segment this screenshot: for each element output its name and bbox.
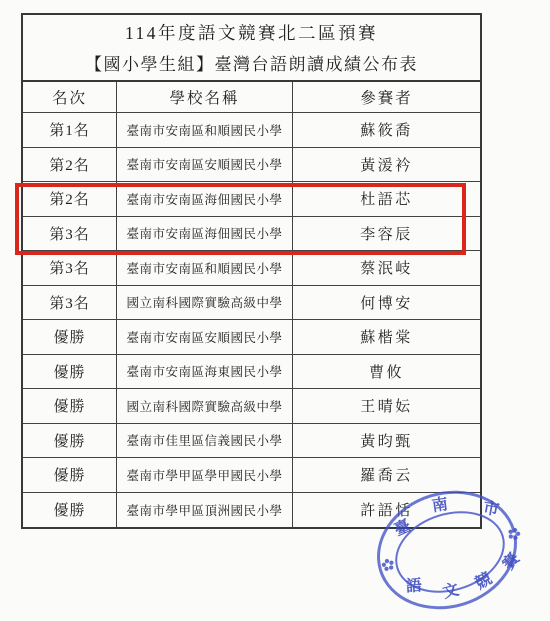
rank-cell: 第1名 (23, 113, 117, 147)
table-row: 優勝 臺南市學甲區學甲國民小學 羅喬云 (23, 458, 480, 493)
rank-cell: 第3名 (23, 286, 117, 320)
school-cell: 臺南市安南區安順國民小學 (117, 148, 293, 182)
stamp-char: 競 (473, 571, 495, 593)
column-header-rank: 名次 (23, 82, 117, 112)
page-title: 114年度語文競賽北二區預賽 (125, 20, 378, 45)
contestant-cell: 黃昀甄 (293, 424, 480, 458)
column-header-school: 學校名稱 (117, 82, 293, 112)
stamp-char: 賽 (501, 551, 524, 574)
scanned-document-page: 114年度語文競賽北二區預賽 【國小學生組】臺灣台語朗讀成績公布表 名次 學校名… (0, 0, 550, 621)
plum-blossom-icon (380, 557, 396, 573)
school-cell: 臺南市安南區和順國民小學 (117, 113, 293, 147)
table-row: 優勝 臺南市安南區安順國民小學 蘇楷棠 (23, 320, 480, 355)
school-cell: 國立南科國際實驗高級中學 (117, 286, 293, 320)
table-row: 第2名 臺南市安南區海佃國民小學 杜語芯 (23, 182, 480, 217)
contestant-cell: 蘇楷棠 (293, 320, 480, 354)
rank-cell: 第3名 (23, 217, 117, 251)
table-row: 優勝 國立南科國際實驗高級中學 王晴妘 (23, 389, 480, 424)
rank-cell: 優勝 (23, 389, 117, 423)
rank-cell: 優勝 (23, 355, 117, 389)
school-cell: 臺南市安南區海佃國民小學 (117, 182, 293, 216)
table-row: 優勝 臺南市學甲區頂洲國民小學 許語恬 (23, 493, 480, 528)
plum-blossom-icon (506, 526, 522, 542)
table-header-row: 名次 學校名稱 參賽者 (23, 82, 480, 113)
contestant-cell: 黃湲衿 (293, 148, 480, 182)
rank-cell: 優勝 (23, 320, 117, 354)
school-cell: 臺南市安南區安順國民小學 (117, 320, 293, 354)
table-row: 第3名 臺南市安南區海佃國民小學 李容辰 (23, 217, 480, 252)
school-cell: 臺南市學甲區頂洲國民小學 (117, 493, 293, 528)
table-title-cell: 114年度語文競賽北二區預賽 【國小學生組】臺灣台語朗讀成績公布表 (23, 15, 480, 82)
school-cell: 國立南科國際實驗高級中學 (117, 389, 293, 423)
rank-cell: 優勝 (23, 458, 117, 492)
contestant-cell: 曹攸 (293, 355, 480, 389)
table-row: 優勝 臺南市佳里區信義國民小學 黃昀甄 (23, 424, 480, 459)
table-row: 第1名 臺南市安南區和順國民小學 蘇筱喬 (23, 113, 480, 148)
stamp-char: 市 (482, 501, 501, 520)
school-cell: 臺南市安南區和順國民小學 (117, 251, 293, 285)
rank-cell: 第2名 (23, 182, 117, 216)
contestant-cell: 李容辰 (293, 217, 480, 251)
rank-cell: 第3名 (23, 251, 117, 285)
contestant-cell: 蔡泯岐 (293, 251, 480, 285)
rank-cell: 優勝 (23, 424, 117, 458)
school-cell: 臺南市學甲區學甲國民小學 (117, 458, 293, 492)
rank-cell: 第2名 (23, 148, 117, 182)
page-subtitle: 【國小學生組】臺灣台語朗讀成績公布表 (85, 50, 418, 75)
contestant-cell: 羅喬云 (293, 458, 480, 492)
column-header-contestant: 參賽者 (293, 82, 480, 112)
school-cell: 臺南市安南區海佃國民小學 (117, 217, 293, 251)
table-row: 第3名 國立南科國際實驗高級中學 何博安 (23, 286, 480, 321)
contestant-cell: 何博安 (293, 286, 480, 320)
table-row: 優勝 臺南市安南區海東國民小學 曹攸 (23, 355, 480, 390)
contestant-cell: 王晴妘 (293, 389, 480, 423)
table-row: 第3名 臺南市安南區和順國民小學 蔡泯岐 (23, 251, 480, 286)
stamp-char: 文 (441, 582, 460, 601)
rank-cell: 優勝 (23, 493, 117, 528)
contestant-cell: 蘇筱喬 (293, 113, 480, 147)
school-cell: 臺南市安南區海東國民小學 (117, 355, 293, 389)
table-body: 第1名 臺南市安南區和順國民小學 蘇筱喬 第2名 臺南市安南區安順國民小學 黃湲… (23, 113, 480, 527)
school-cell: 臺南市佳里區信義國民小學 (117, 424, 293, 458)
results-table: 114年度語文競賽北二區預賽 【國小學生組】臺灣台語朗讀成績公布表 名次 學校名… (21, 13, 482, 529)
contestant-cell: 杜語芯 (293, 182, 480, 216)
table-row: 第2名 臺南市安南區安順國民小學 黃湲衿 (23, 148, 480, 183)
contestant-cell: 許語恬 (293, 493, 480, 528)
stamp-char: 語 (405, 578, 422, 595)
